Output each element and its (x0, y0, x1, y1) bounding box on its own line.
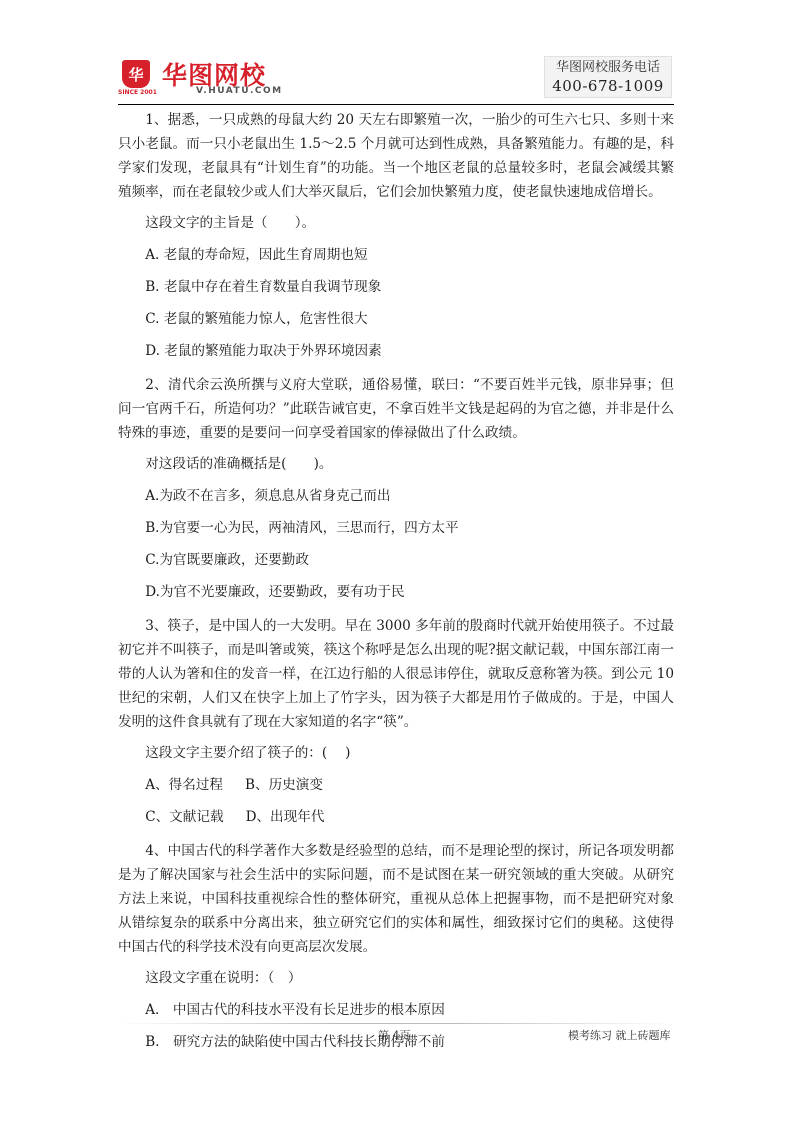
option-b: B.为官要一心为民，两袖清风，三思而行，四方太平 (118, 516, 674, 540)
option-b: B、历史演变 (245, 777, 323, 793)
footer-slogan: 模考练习 就上砖题库 (568, 1027, 671, 1043)
header-divider (118, 104, 674, 105)
phone-label: 华图网校服务电话 (545, 59, 671, 77)
option-a: A. 中国古代的科技水平没有长足进步的根本原因 (118, 998, 674, 1022)
question-2: 2、清代余云涣所撰与义府大堂联，通俗易懂，联曰：“不要百姓半元钱，原非异事；但问… (118, 373, 674, 604)
options-row-ab: A、得名过程B、历史演变 (118, 773, 674, 797)
phone-number: 400-678-1009 (545, 77, 671, 95)
page-header: 华 SINCE 2001 华图网校 V.HUATU.COM 华图网校服务电话 4… (118, 52, 678, 102)
options-row-cd: C、文献记载D、出现年代 (118, 805, 674, 829)
option-d: D.为官不光要廉政，还要勤政，要有功于民 (118, 580, 674, 604)
option-a: A、得名过程 (145, 777, 223, 793)
page-number: 第 4页 (378, 1027, 411, 1043)
question-3: 3、筷子，是中国人的一大发明。早在 3000 多年前的殷商时代就开始使用筷子。不… (118, 614, 674, 829)
question-passage: 1、据悉，一只成熟的母鼠大约 20 天左右即繁殖一次，一胎少的可生六七只、多则十… (118, 108, 674, 204)
service-phone-box: 华图网校服务电话 400-678-1009 (544, 56, 672, 98)
option-c: C. 老鼠的繁殖能力惊人，危害性很大 (118, 307, 674, 331)
question-passage: 2、清代余云涣所撰与义府大堂联，通俗易懂，联曰：“不要百姓半元钱，原非异事；但问… (118, 373, 674, 445)
logo-url: V.HUATU.COM (196, 86, 283, 96)
question-stem: 这段文字的主旨是（ ）。 (118, 211, 674, 235)
option-b: B. 老鼠中存在着生育数量自我调节现象 (118, 275, 674, 299)
option-c: C.为官既要廉政，还要勤政 (118, 548, 674, 572)
question-stem: 这段文字重在说明：（ ） (118, 966, 674, 990)
question-4: 4、中国古代的科学著作大多数是经验型的总结，而不是理论型的探讨，所记各项发明都是… (118, 839, 674, 1054)
logo-since-text: SINCE 2001 (118, 89, 157, 96)
option-d: D、出现年代 (246, 809, 325, 825)
question-stem: 这段文字主要介绍了筷子的：( ) (118, 741, 674, 765)
huatu-logo: 华 SINCE 2001 华图网校 V.HUATU.COM (118, 56, 318, 98)
question-stem: 对这段话的准确概括是( )。 (118, 452, 674, 476)
question-passage: 4、中国古代的科学著作大多数是经验型的总结，而不是理论型的探讨，所记各项发明都是… (118, 839, 674, 959)
logo-badge-icon: 华 (122, 60, 150, 88)
question-1: 1、据悉，一只成熟的母鼠大约 20 天左右即繁殖一次，一胎少的可生六七只、多则十… (118, 108, 674, 363)
document-body: 1、据悉，一只成熟的母鼠大约 20 天左右即繁殖一次，一胎少的可生六七只、多则十… (118, 108, 674, 1054)
question-passage: 3、筷子，是中国人的一大发明。早在 3000 多年前的殷商时代就开始使用筷子。不… (118, 614, 674, 734)
option-a: A.为政不在言多，须息息从省身克己而出 (118, 484, 674, 508)
option-d: D. 老鼠的繁殖能力取决于外界环境因素 (118, 339, 674, 363)
option-c: C、文献记载 (145, 809, 223, 825)
footer-divider (118, 1023, 674, 1024)
option-a: A. 老鼠的寿命短，因此生育周期也短 (118, 243, 674, 267)
